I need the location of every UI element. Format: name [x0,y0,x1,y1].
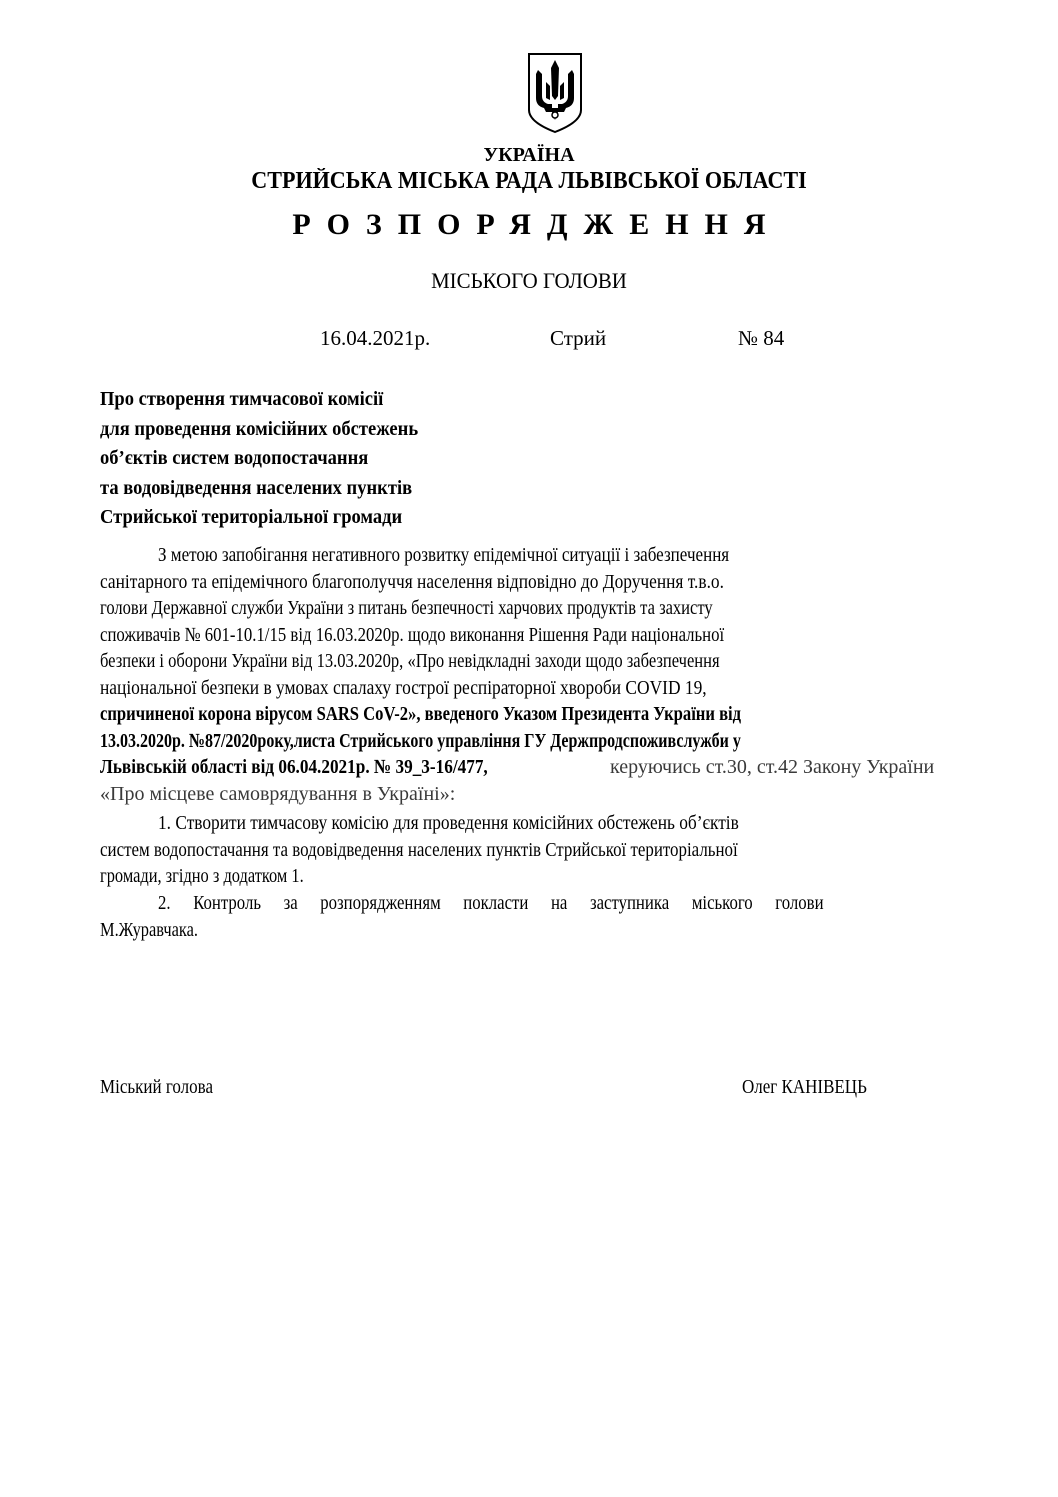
signature-role: Міський голова [100,1076,233,1099]
item-line: М.Журавчака. [100,917,1008,944]
item-line: громади, згідно з додатком 1. [100,863,1008,890]
item-1-paragraph: 1. Створити тимчасову комісію для провед… [100,810,1008,890]
preamble-line: Львівській області від 06.04.2021р. № 39… [100,754,1008,781]
document-title: Про створення тимчасової комісії для про… [100,385,418,533]
preamble-line: санітарного та епідемічного благополуччя… [100,569,1008,596]
document-place: Стрий [550,326,606,351]
council-heading: СТРИЙСЬКА МІСЬКА РАДА ЛЬВІВСЬКОЇ ОБЛАСТІ [42,168,1015,195]
preamble-line: 13.03.2020р. №87/2020року,листа Стрийськ… [100,728,1008,755]
preamble-line: безпеки і оборони України від 13.03.2020… [100,648,1008,675]
preamble-line: голови Державної служби України з питань… [100,595,1008,622]
preamble-line: національної безпеки в умовах спалаху го… [100,675,1008,702]
preamble-line: «Про місцеве самоврядування в Україні»: [100,781,1008,808]
item-line: 1. Створити тимчасову комісію для провед… [100,810,1008,837]
title-line: для проведення комісійних обстежень [100,415,418,445]
item-line: 2. Контроль за розпорядженням покласти н… [100,890,1008,917]
item-2-paragraph: 2. Контроль за розпорядженням покласти н… [100,890,1008,943]
signature-name: Олег КАНІВЕЦЬ [742,1076,889,1099]
item-line: систем водопостачання та водовідведення … [100,837,1008,864]
preamble-line: спричиненої корона вірусом SARS CoV-2», … [100,701,1008,728]
document-type-heading: РОЗПОРЯДЖЕННЯ [0,208,1058,242]
preamble-line: споживачів № 601-10.1/15 від 16.03.2020р… [100,622,1008,649]
document-number: № 84 [738,326,784,351]
title-line: Стрийської територіальної громади [100,503,418,533]
document-page: УКРАЇНА СТРИЙСЬКА МІСЬКА РАДА ЛЬВІВСЬКОЇ… [0,0,1058,1497]
title-line: Про створення тимчасової комісії [100,385,418,415]
title-line: об’єктів систем водопостачання [100,444,418,474]
title-line: та водовідведення населених пунктів [100,474,418,504]
document-date: 16.04.2021р. [320,326,430,351]
country-heading: УКРАЇНА [0,144,1058,167]
preamble-paragraph: З метою запобігання негативного розвитку… [100,542,1008,807]
issuer-heading: МІСЬКОГО ГОЛОВИ [26,268,1031,294]
preamble-line: З метою запобігання негативного розвитку… [100,542,1008,569]
coat-of-arms-icon [526,52,584,134]
